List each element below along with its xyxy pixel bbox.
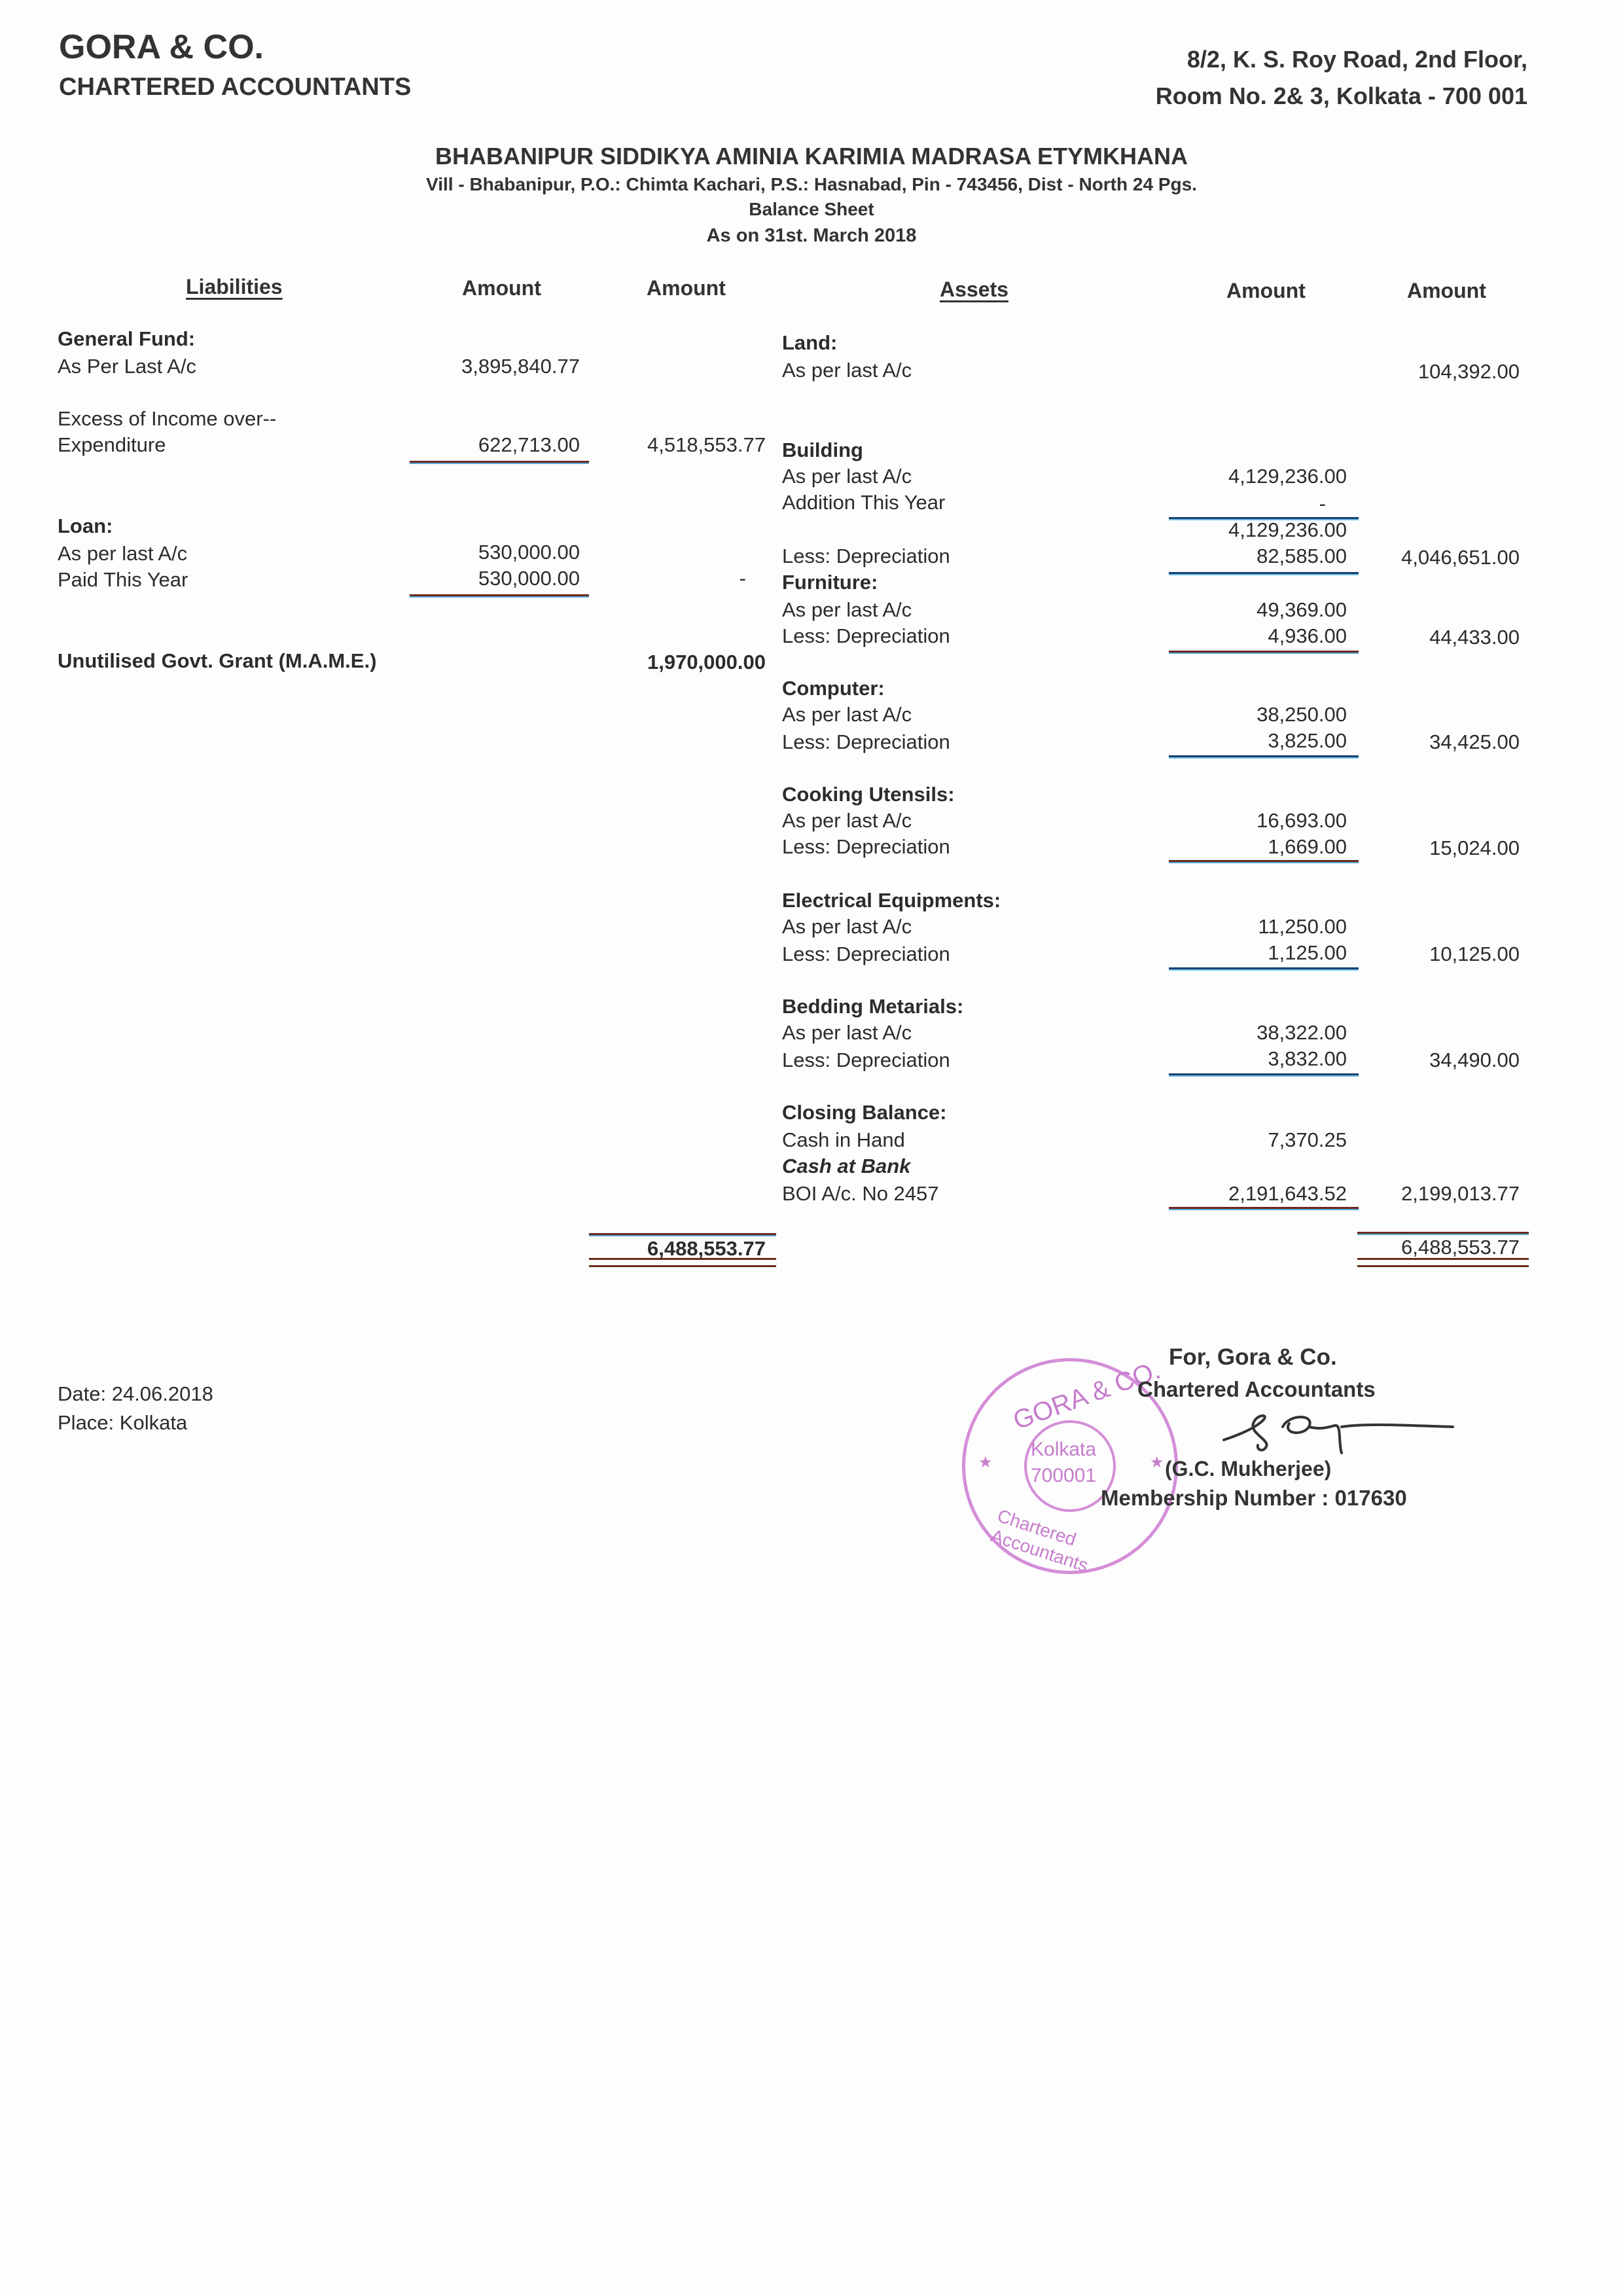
furniture-heading: Furniture: bbox=[782, 569, 878, 596]
electrical-dep-value: 1,125.00 bbox=[1150, 941, 1347, 965]
underline bbox=[1169, 755, 1359, 757]
building-last-value: 4,129,236.00 bbox=[1150, 465, 1347, 488]
assets-header: Assets bbox=[940, 278, 1008, 302]
stamp-star-icon: ★ bbox=[1150, 1453, 1164, 1472]
bedding-dep-label: Less: Depreciation bbox=[782, 1047, 950, 1073]
assets-amount-header-2: Amount bbox=[1407, 279, 1486, 303]
bedding-last-value: 38,322.00 bbox=[1150, 1021, 1347, 1045]
signature-icon bbox=[1217, 1407, 1459, 1460]
loan-last-value: 530,000.00 bbox=[383, 541, 580, 564]
bank-account-value: 2,191,643.52 bbox=[1150, 1182, 1347, 1206]
firm-name: GORA & CO. bbox=[59, 27, 264, 67]
organisation-address: Vill - Bhabanipur, P.O.: Chimta Kachari,… bbox=[0, 174, 1623, 195]
document-title: Balance Sheet bbox=[0, 199, 1623, 220]
furniture-last-value: 49,369.00 bbox=[1150, 598, 1347, 622]
stamp-bottom-text: Chartered Accountants bbox=[988, 1505, 1177, 1602]
building-addition-label: Addition This Year bbox=[782, 490, 945, 516]
total-double-underline bbox=[589, 1258, 776, 1267]
liabilities-header: Liabilities bbox=[186, 275, 283, 299]
computer-heading: Computer: bbox=[782, 675, 885, 702]
building-addition-value: - bbox=[1130, 492, 1326, 516]
electrical-last-value: 11,250.00 bbox=[1150, 915, 1347, 939]
underline bbox=[1169, 1073, 1359, 1075]
building-subtotal: 4,129,236.00 bbox=[1150, 518, 1347, 542]
liabilities-amount-header-1: Amount bbox=[462, 276, 541, 300]
bedding-dep-value: 3,832.00 bbox=[1150, 1047, 1347, 1071]
cooking-last-value: 16,693.00 bbox=[1150, 809, 1347, 833]
land-heading: Land: bbox=[782, 330, 837, 356]
computer-last-label: As per last A/c bbox=[782, 702, 912, 728]
firm-role: Chartered Accountants bbox=[1137, 1377, 1376, 1402]
furniture-dep-label: Less: Depreciation bbox=[782, 623, 950, 649]
computer-last-value: 38,250.00 bbox=[1150, 703, 1347, 726]
closing-total: 2,199,013.77 bbox=[1323, 1182, 1520, 1206]
bedding-total: 34,490.00 bbox=[1323, 1049, 1520, 1072]
computer-dep-label: Less: Depreciation bbox=[782, 729, 950, 755]
loan-total: - bbox=[550, 567, 746, 590]
electrical-heading: Electrical Equipments: bbox=[782, 888, 1001, 914]
general-fund-heading: General Fund: bbox=[58, 326, 195, 352]
firm-subtitle: CHARTERED ACCOUNTANTS bbox=[59, 73, 411, 101]
underline bbox=[410, 461, 589, 463]
excess-income-label-1: Excess of Income over-- bbox=[58, 406, 276, 432]
bedding-heading: Bedding Metarials: bbox=[782, 994, 963, 1020]
electrical-dep-label: Less: Depreciation bbox=[782, 941, 950, 967]
report-place: Place: Kolkata bbox=[58, 1410, 187, 1436]
cash-in-hand-label: Cash in Hand bbox=[782, 1127, 905, 1153]
stamp-star-icon: ★ bbox=[978, 1453, 993, 1472]
cash-at-bank-heading: Cash at Bank bbox=[782, 1153, 910, 1179]
assets-amount-header-1: Amount bbox=[1226, 279, 1306, 303]
membership-number: Membership Number : 017630 bbox=[1101, 1486, 1407, 1511]
furniture-last-label: As per last A/c bbox=[782, 597, 912, 623]
stamp-center-line1: Kolkata bbox=[1031, 1439, 1096, 1461]
building-heading: Building bbox=[782, 437, 863, 463]
grant-label: Unutilised Govt. Grant (M.A.M.E.) bbox=[58, 648, 376, 674]
signatory-name: (G.C. Mukherjee) bbox=[1165, 1457, 1331, 1481]
land-total: 104,392.00 bbox=[1323, 360, 1520, 384]
bedding-last-label: As per last A/c bbox=[782, 1020, 912, 1046]
general-fund-last-value: 3,895,840.77 bbox=[383, 355, 580, 378]
organisation-name: BHABANIPUR SIDDIKYA AMINIA KARIMIA MADRA… bbox=[0, 143, 1623, 170]
building-dep-label: Less: Depreciation bbox=[782, 543, 950, 569]
liabilities-amount-header-2: Amount bbox=[647, 276, 726, 300]
bank-account-label: BOI A/c. No 2457 bbox=[782, 1181, 939, 1207]
excess-income-value: 622,713.00 bbox=[383, 433, 580, 457]
excess-income-label-2: Expenditure bbox=[58, 432, 166, 458]
land-label: As per last A/c bbox=[782, 357, 912, 384]
cooking-dep-value: 1,669.00 bbox=[1150, 835, 1347, 859]
computer-dep-value: 3,825.00 bbox=[1150, 729, 1347, 753]
grant-total: 1,970,000.00 bbox=[569, 651, 766, 674]
report-date: Date: 24.06.2018 bbox=[58, 1381, 213, 1407]
firm-address-line2: Room No. 2& 3, Kolkata - 700 001 bbox=[1156, 82, 1527, 110]
cash-in-hand-value: 7,370.25 bbox=[1150, 1128, 1347, 1152]
loan-heading: Loan: bbox=[58, 513, 113, 539]
electrical-last-label: As per last A/c bbox=[782, 914, 912, 940]
furniture-dep-value: 4,936.00 bbox=[1150, 624, 1347, 648]
total-overline bbox=[589, 1233, 776, 1235]
closing-heading: Closing Balance: bbox=[782, 1100, 947, 1126]
underline bbox=[410, 594, 589, 596]
cooking-heading: Cooking Utensils: bbox=[782, 781, 955, 808]
firm-address-line1: 8/2, K. S. Roy Road, 2nd Floor, bbox=[1187, 46, 1527, 73]
underline bbox=[1169, 1207, 1359, 1209]
total-overline bbox=[1357, 1232, 1529, 1234]
electrical-total: 10,125.00 bbox=[1323, 942, 1520, 966]
underline bbox=[1169, 651, 1359, 653]
underline bbox=[1169, 860, 1359, 862]
general-fund-last-label: As Per Last A/c bbox=[58, 353, 196, 380]
building-total: 4,046,651.00 bbox=[1323, 546, 1520, 569]
total-double-underline bbox=[1357, 1258, 1529, 1267]
building-last-label: As per last A/c bbox=[782, 463, 912, 490]
loan-last-label: As per last A/c bbox=[58, 541, 187, 567]
cooking-last-label: As per last A/c bbox=[782, 808, 912, 834]
underline bbox=[1169, 572, 1359, 574]
general-fund-total: 4,518,553.77 bbox=[569, 433, 766, 457]
cooking-total: 15,024.00 bbox=[1323, 836, 1520, 860]
document-date: As on 31st. March 2018 bbox=[0, 225, 1623, 247]
furniture-total: 44,433.00 bbox=[1323, 626, 1520, 649]
liabilities-grand-total: 6,488,553.77 bbox=[569, 1237, 766, 1261]
assets-grand-total: 6,488,553.77 bbox=[1323, 1236, 1520, 1259]
cooking-dep-label: Less: Depreciation bbox=[782, 834, 950, 860]
underline bbox=[1169, 967, 1359, 969]
building-dep-value: 82,585.00 bbox=[1150, 545, 1347, 568]
loan-paid-label: Paid This Year bbox=[58, 567, 188, 593]
stamp-center-line2: 700001 bbox=[1031, 1465, 1096, 1487]
for-firm: For, Gora & Co. bbox=[1169, 1344, 1337, 1371]
computer-total: 34,425.00 bbox=[1323, 730, 1520, 754]
